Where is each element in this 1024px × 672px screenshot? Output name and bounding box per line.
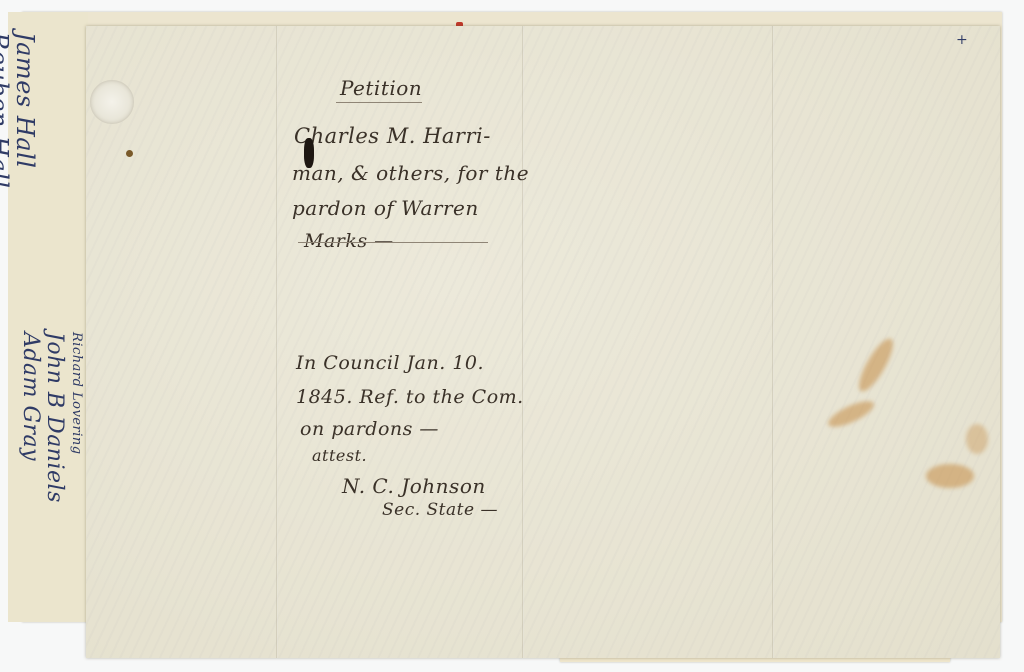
ink-blot [304, 138, 314, 168]
signature-line: Reuben Hall [0, 32, 12, 188]
endorsement-title: Sec. State — [382, 500, 498, 520]
endorsement-line: 1845. Ref. to the Com. [296, 386, 524, 408]
docket-line: man, & others, for the [292, 161, 529, 185]
embossed-seal-icon [90, 80, 134, 124]
endorsement-signature: N. C. Johnson [342, 474, 486, 498]
endorsement-line: on pardons — [300, 418, 439, 440]
fold-line [522, 26, 524, 658]
docket-line: pardon of Warren [292, 196, 479, 220]
signature-line: James Hall [12, 32, 38, 188]
water-stain [966, 424, 988, 454]
fold-line [276, 26, 278, 658]
signature-line: Adam Gray [18, 332, 42, 503]
margin-signature-group-top: James Hall Reuben Hall [0, 32, 38, 188]
ink-spot [126, 150, 133, 157]
fold-line [772, 26, 774, 658]
signature-line: John B Daniels [42, 332, 66, 503]
document-title: Petition [340, 76, 422, 100]
margin-signature-group-bottom: Richard Lovering John B Daniels Adam Gra… [18, 332, 86, 503]
water-stain [926, 464, 974, 488]
docket-line: Marks — [304, 230, 394, 252]
docket-line: Charles M. Harri- [294, 124, 491, 148]
water-stain [853, 335, 899, 396]
corner-mark: + [956, 32, 968, 48]
left-margin-flap: James Hall Reuben Hall Richard Lovering … [8, 12, 88, 622]
title-underline [336, 102, 422, 103]
docket-separator [298, 242, 488, 243]
water-stain [825, 396, 877, 432]
endorsement-line: In Council Jan. 10. [296, 352, 484, 374]
endorsement-line: attest. [312, 446, 367, 465]
front-sheet: Petition Charles M. Harri- man, & others… [86, 26, 1000, 658]
signature-line: Richard Lovering [66, 332, 86, 503]
